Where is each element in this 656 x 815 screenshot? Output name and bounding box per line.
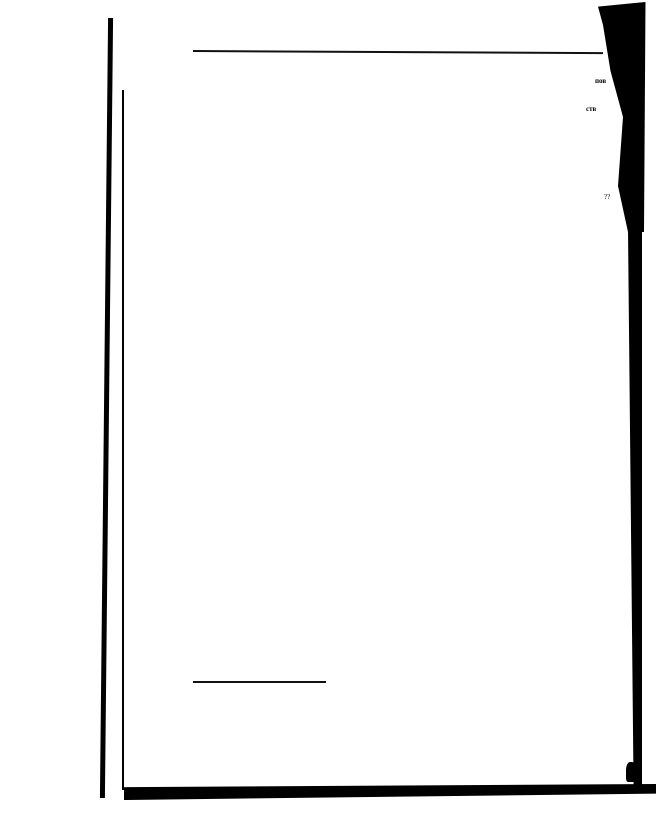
margin-fragment: пов	[594, 78, 607, 85]
page-left-edge	[100, 18, 113, 798]
header-rule	[193, 50, 603, 54]
footnote-rule	[193, 681, 326, 683]
page-inner-border	[122, 90, 124, 790]
corner-smudge	[626, 762, 636, 782]
page-bottom-edge	[124, 784, 656, 800]
page-right-edge	[628, 230, 642, 790]
margin-fragment: ??	[603, 194, 611, 201]
margin-fragment: ств	[585, 106, 597, 113]
